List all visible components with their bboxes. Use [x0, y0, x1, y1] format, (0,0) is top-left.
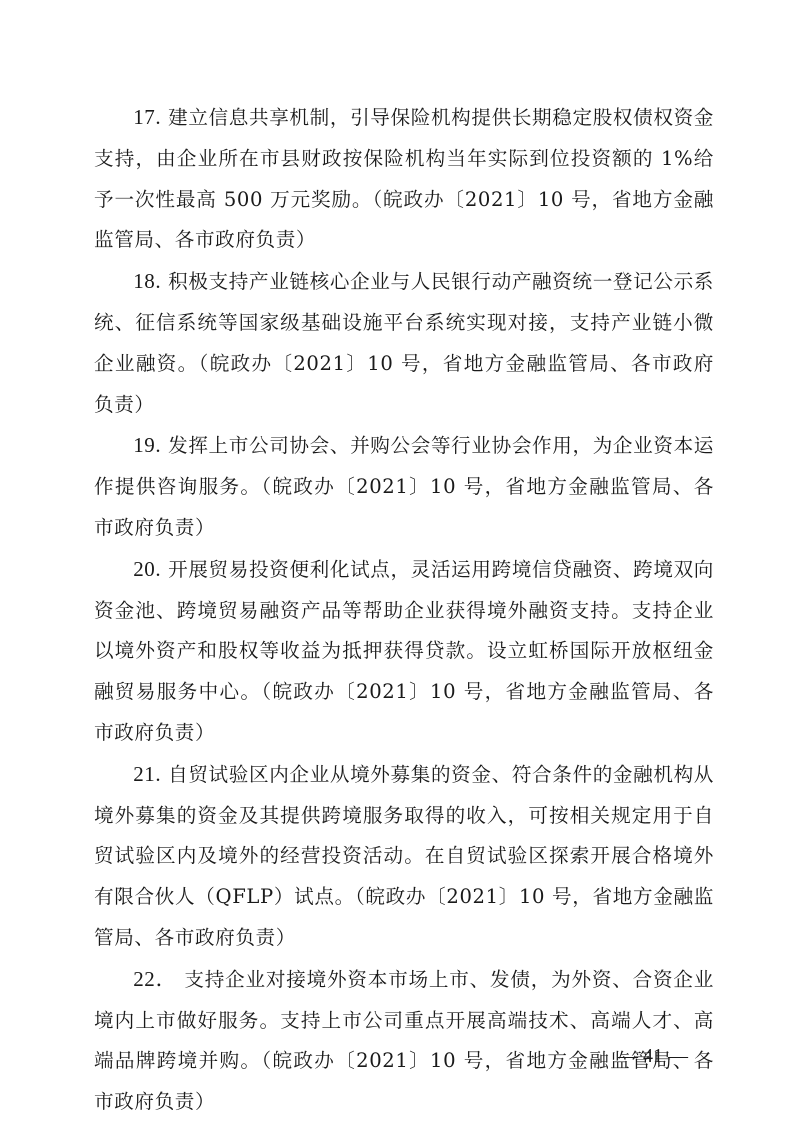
paragraph-text: 积极支持产业链核心企业与人民银行动产融资统一登记公示系统、征信系统等国家级基础设… — [94, 270, 714, 415]
paragraph-number: 21. — [133, 762, 161, 786]
paragraph-text: 开展贸易投资便利化试点，灵活运用跨境信贷融资、跨境双向资金池、跨境贸易融资产品等… — [94, 558, 714, 744]
paragraph-text: 建立信息共享机制，引导保险机构提供长期稳定股权债权资金支持，由企业所在市县财政按… — [94, 106, 714, 251]
paragraph-text: 支持企业对接境外资本市场上市、发债，为外资、合资企业境内上市做好服务。支持上市公… — [94, 968, 714, 1113]
document-body: 17. 建立信息共享机制，引导保险机构提供长期稳定股权债权资金支持，由企业所在市… — [94, 97, 714, 1122]
paragraph-number: 17. — [133, 105, 161, 129]
paragraph-17: 17. 建立信息共享机制，引导保险机构提供长期稳定股权债权资金支持，由企业所在市… — [94, 97, 714, 261]
paragraph-number: 22． — [133, 967, 177, 991]
paragraph-number: 18. — [133, 269, 161, 293]
paragraph-number: 19. — [133, 433, 161, 457]
paragraph-18: 18. 积极支持产业链核心企业与人民银行动产融资统一登记公示系统、征信系统等国家… — [94, 261, 714, 425]
paragraph-number: 20. — [133, 557, 161, 581]
paragraph-text: 自贸试验区内企业从境外募集的资金、符合条件的金融机构从境外募集的资金及其提供跨境… — [94, 763, 714, 949]
paragraph-text: 发挥上市公司协会、并购公会等行业协会作用，为企业资本运作提供咨询服务。（皖政办〔… — [94, 434, 714, 539]
page-number: — 41 — — [618, 1045, 688, 1068]
paragraph-21: 21. 自贸试验区内企业从境外募集的资金、符合条件的金融机构从境外募集的资金及其… — [94, 754, 714, 959]
paragraph-19: 19. 发挥上市公司协会、并购公会等行业协会作用，为企业资本运作提供咨询服务。（… — [94, 425, 714, 548]
paragraph-22: 22． 支持企业对接境外资本市场上市、发债，为外资、合资企业境内上市做好服务。支… — [94, 959, 714, 1122]
paragraph-20: 20. 开展贸易投资便利化试点，灵活运用跨境信贷融资、跨境双向资金池、跨境贸易融… — [94, 549, 714, 754]
